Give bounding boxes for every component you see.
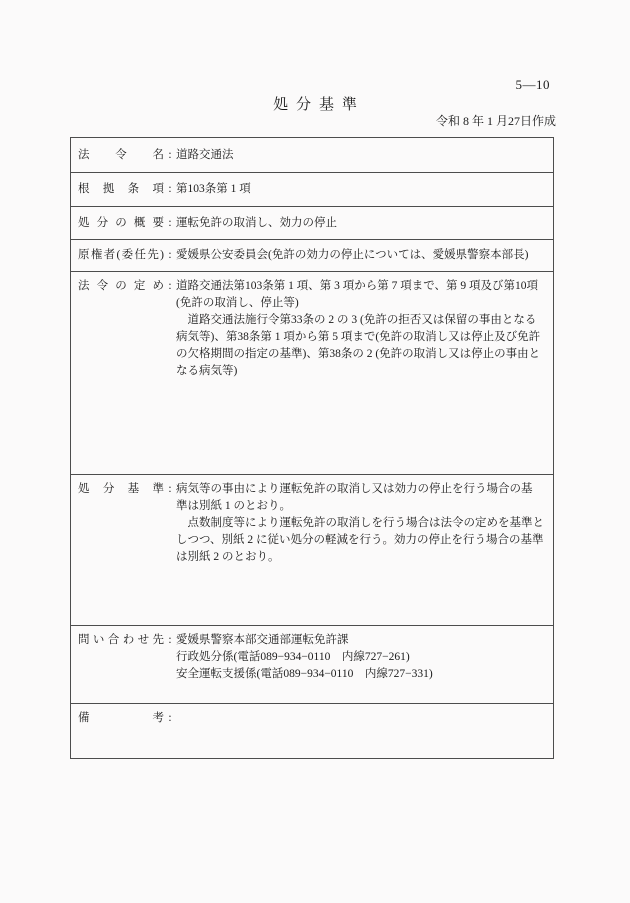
row-label: 処分基準	[78, 481, 164, 498]
row-content: 道路交通法	[176, 147, 547, 164]
row-label: 法令名	[78, 147, 164, 164]
label-colon: :	[164, 215, 176, 232]
row-remarks: 備考 :	[71, 703, 553, 758]
row-original-authority: 原権者(委任先) : 愛媛県公安委員会(免許の効力の停止については、愛媛県警察本…	[71, 239, 553, 271]
row-label: 原権者(委任先)	[78, 247, 164, 264]
criteria-table: 法令名 : 道路交通法 根拠条項 : 第103条第 1 項 処分の概要 : 運転…	[70, 137, 554, 759]
row-label: 根拠条項	[78, 181, 164, 198]
row-law-name: 法令名 : 道路交通法	[71, 138, 553, 172]
row-contact: 問い合わせ先 : 愛媛県警察本部交通部運転免許課 行政処分係(電話089−934…	[71, 625, 553, 703]
document-title: 処 分 基 準	[0, 93, 630, 114]
row-content: 愛媛県警察本部交通部運転免許課 行政処分係(電話089−934−0110 内線7…	[176, 632, 547, 683]
row-content: 病気等の事由により運転免許の取消し又は効力の停止を行う場合の基 準は別紙 1 の…	[176, 481, 547, 566]
row-legal-basis: 根拠条項 : 第103条第 1 項	[71, 172, 553, 206]
row-content: 運転免許の取消し、効力の停止	[176, 215, 547, 232]
label-colon: :	[164, 710, 176, 727]
row-content: 愛媛県公安委員会(免許の効力の停止については、愛媛県警察本部長)	[176, 247, 547, 264]
created-date: 令和 8 年 1 月27日作成	[436, 112, 556, 129]
row-label: 問い合わせ先	[78, 632, 164, 649]
row-content: 道路交通法第103条第 1 項、第 3 項から第 7 項まで、第 9 項及び第1…	[176, 278, 547, 380]
document-page: 5—10 処 分 基 準 令和 8 年 1 月27日作成 法令名 : 道路交通法…	[0, 0, 630, 903]
label-colon: :	[164, 278, 176, 295]
row-content: 第103条第 1 項	[176, 181, 547, 198]
label-colon: :	[164, 481, 176, 498]
label-colon: :	[164, 181, 176, 198]
row-label: 法令の定め	[78, 278, 164, 295]
row-label: 備考	[78, 710, 164, 727]
row-legal-provisions: 法令の定め : 道路交通法第103条第 1 項、第 3 項から第 7 項まで、第…	[71, 271, 553, 474]
label-colon: :	[164, 632, 176, 649]
row-disposition-summary: 処分の概要 : 運転免許の取消し、効力の停止	[71, 206, 553, 239]
row-label: 処分の概要	[78, 215, 164, 232]
page-number: 5—10	[516, 77, 551, 93]
label-colon: :	[164, 147, 176, 164]
label-colon: :	[164, 247, 176, 264]
row-disposition-criteria: 処分基準 : 病気等の事由により運転免許の取消し又は効力の停止を行う場合の基 準…	[71, 474, 553, 625]
